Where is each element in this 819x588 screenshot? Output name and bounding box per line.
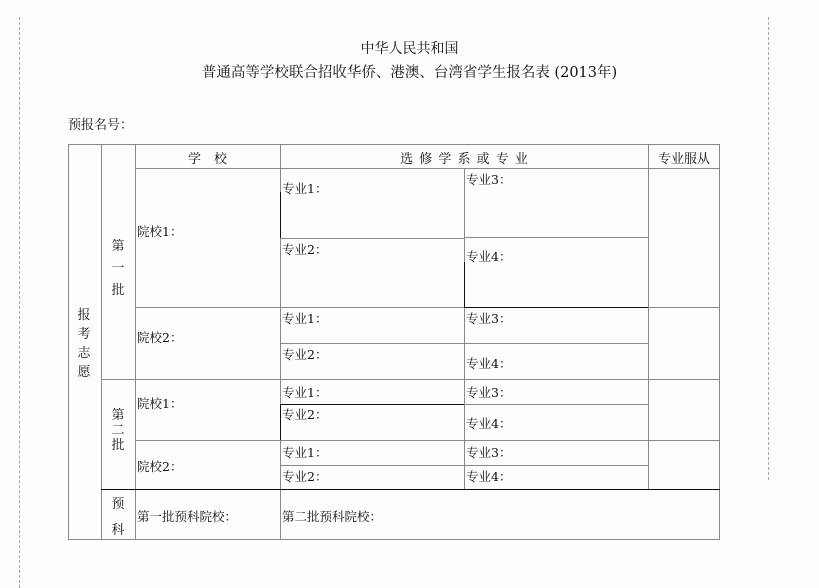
b2-school1-field[interactable]: 院校1： xyxy=(137,394,182,412)
table-border-right xyxy=(719,144,720,539)
header-row-border xyxy=(135,168,720,169)
b1s2-split xyxy=(280,343,648,344)
section-label-apply: 报 考 志 愿 xyxy=(74,306,94,382)
b1s1-split-right xyxy=(464,237,648,238)
table-border-bottom xyxy=(68,539,720,540)
prereg-number-label: 预报名号： xyxy=(68,114,133,133)
b2-s1-obey-field[interactable] xyxy=(649,380,719,440)
document-title-country: 中华人民共和国 xyxy=(0,38,819,58)
b2s1-split-right xyxy=(464,404,648,405)
b2-s1-major1-field[interactable]: 专业1： xyxy=(282,383,327,401)
b2-s1-major2-field[interactable]: 专业2： xyxy=(282,405,327,423)
accent-line xyxy=(280,404,281,440)
b2-s2-major1-field[interactable]: 专业1： xyxy=(282,443,327,461)
b1s1-split-left xyxy=(280,238,464,239)
b1-s1-major2-field[interactable]: 专业2： xyxy=(282,240,327,258)
b1-s1-obey-field[interactable] xyxy=(649,169,719,307)
b1-s1-major4-field[interactable]: 专业4： xyxy=(466,247,511,265)
b2-s1-major3-field[interactable]: 专业3： xyxy=(466,383,511,401)
header-obey: 专业服从 xyxy=(648,148,720,167)
col-divider-batch xyxy=(135,144,136,539)
header-major: 选 修 学 系 或 专 业 xyxy=(280,148,648,167)
batch2-bottom xyxy=(101,489,720,490)
b1-school1-field[interactable]: 院校1： xyxy=(137,222,182,240)
b1s1-bottom xyxy=(135,307,464,308)
b2-s2-obey-field[interactable] xyxy=(649,441,719,489)
b2-s1-major4-field[interactable]: 专业4： xyxy=(466,414,511,432)
page-margin-right xyxy=(768,17,769,480)
batch1-bottom xyxy=(101,379,720,380)
b2-s2-major2-field[interactable]: 专业2： xyxy=(282,467,327,485)
prep-batch1-school-field[interactable]: 第一批预科院校： xyxy=(137,507,237,525)
b2s1-bottom xyxy=(135,440,720,441)
prep-batch2-school-field[interactable]: 第二批预科院校： xyxy=(282,507,382,525)
b1-s1-major3-field[interactable]: 专业3： xyxy=(466,170,511,188)
accent-line xyxy=(464,262,465,307)
b2-s2-major3-field[interactable]: 专业3： xyxy=(466,443,511,461)
batch2-label: 第 二 批 xyxy=(108,408,128,453)
b2-s2-major4-field[interactable]: 专业4： xyxy=(466,467,511,485)
b2-school2-field[interactable]: 院校2： xyxy=(137,457,182,475)
b1-school2-field[interactable]: 院校2： xyxy=(137,328,182,346)
b1-s2-major3-field[interactable]: 专业3： xyxy=(466,309,511,327)
batch1-label: 第 一 批 xyxy=(108,236,128,302)
b1-s1-major1-field[interactable]: 专业1： xyxy=(282,179,327,197)
page-margin-left xyxy=(19,17,20,588)
b1-s2-major4-field[interactable]: 专业4： xyxy=(466,354,511,372)
document-title-form: 普通高等学校联合招收华侨、港澳、台湾省学生报名表 (2013年) xyxy=(0,61,819,82)
b1-s2-major2-field[interactable]: 专业2： xyxy=(282,345,327,363)
table-border-top xyxy=(68,144,720,145)
b2s2-split xyxy=(280,465,648,466)
b1-s2-major1-field[interactable]: 专业1： xyxy=(282,309,327,327)
preparatory-label: 预 科 xyxy=(108,492,128,544)
b1-s2-obey-field[interactable] xyxy=(649,308,719,379)
header-school: 学 校 xyxy=(135,148,280,167)
accent-line xyxy=(280,192,281,238)
b1s1-bottom-dark xyxy=(464,307,648,308)
table-border-left xyxy=(68,144,69,539)
col-divider-section xyxy=(101,144,102,539)
